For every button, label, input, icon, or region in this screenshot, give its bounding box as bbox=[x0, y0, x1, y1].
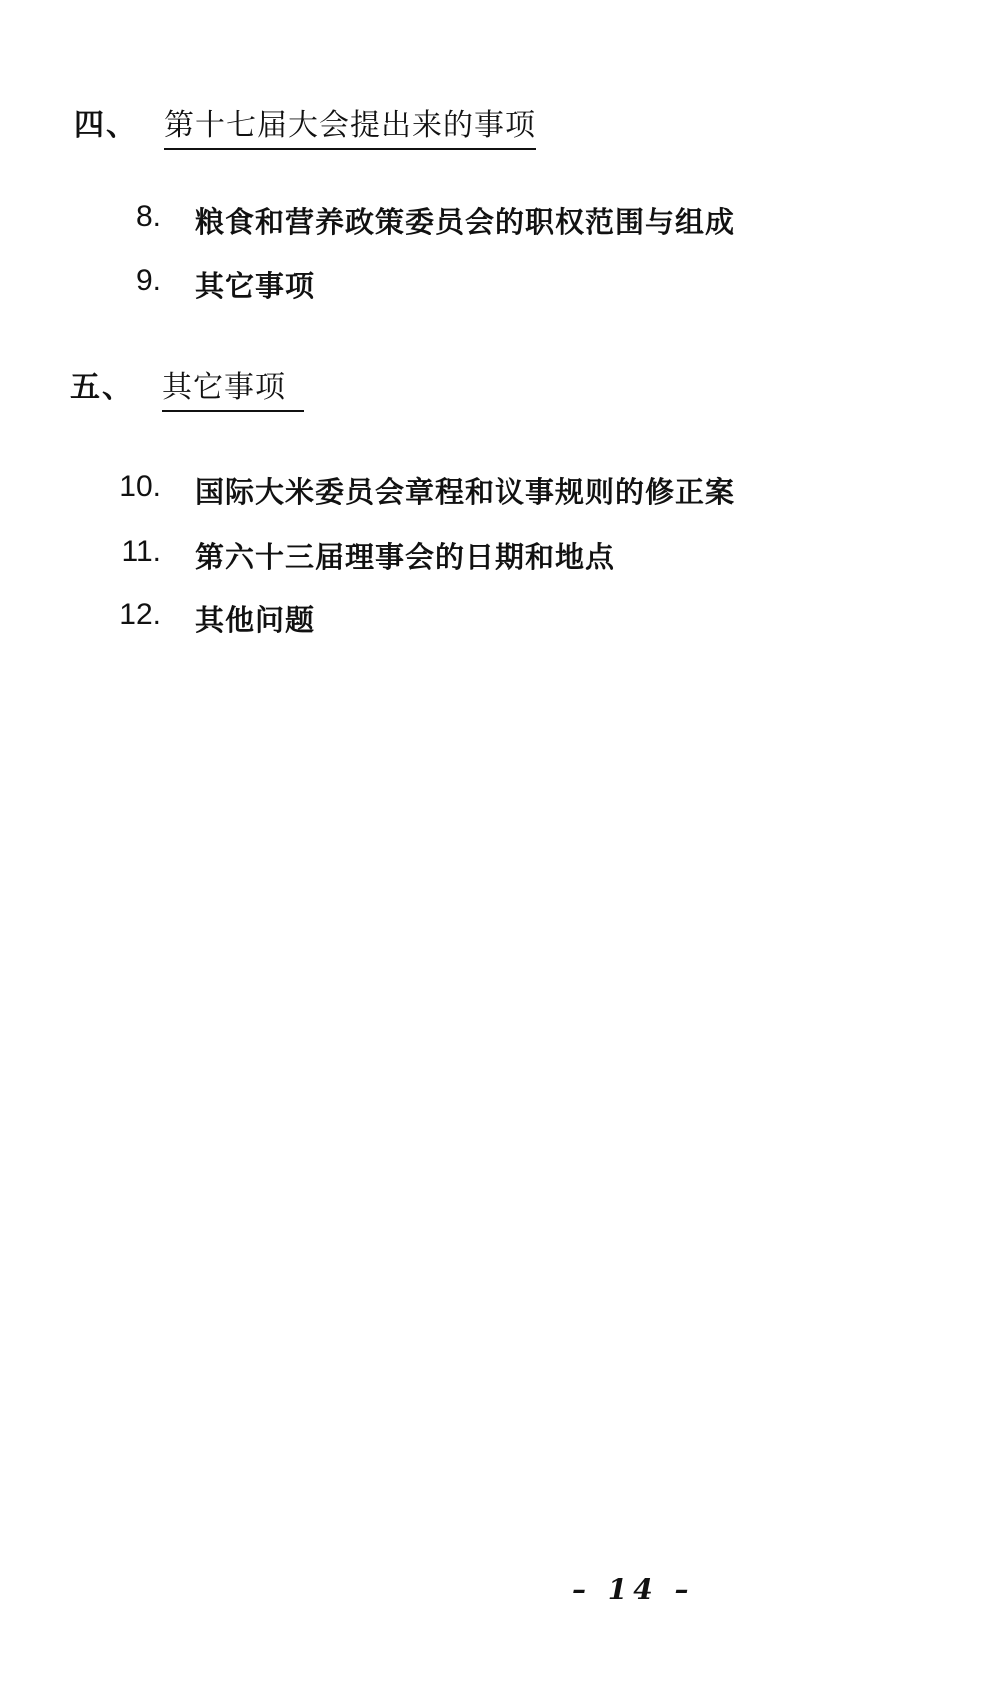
section-4-title: 第十七届大会提出来的事项 bbox=[164, 100, 536, 150]
item-12-text: 其他问题 bbox=[195, 598, 315, 639]
item-10-number: 10. bbox=[106, 470, 161, 504]
item-8-text: 粮食和营养政策委员会的职权范围与组成 bbox=[195, 200, 735, 241]
item-9-number: 9. bbox=[106, 264, 161, 298]
item-8-number: 8. bbox=[106, 200, 161, 234]
section-5-title: 其它事项 bbox=[162, 362, 304, 412]
item-10-text: 国际大米委员会章程和议事规则的修正案 bbox=[195, 470, 735, 511]
item-11-text: 第六十三届理事会的日期和地点 bbox=[195, 535, 615, 576]
item-12-number: 12. bbox=[106, 598, 161, 632]
section-4-number: 四、 bbox=[74, 100, 138, 144]
page-number: – 14 – bbox=[572, 1573, 694, 1606]
item-11-number: 11. bbox=[106, 535, 161, 569]
item-9-text: 其它事项 bbox=[195, 264, 315, 305]
section-5-number: 五、 bbox=[70, 362, 134, 406]
